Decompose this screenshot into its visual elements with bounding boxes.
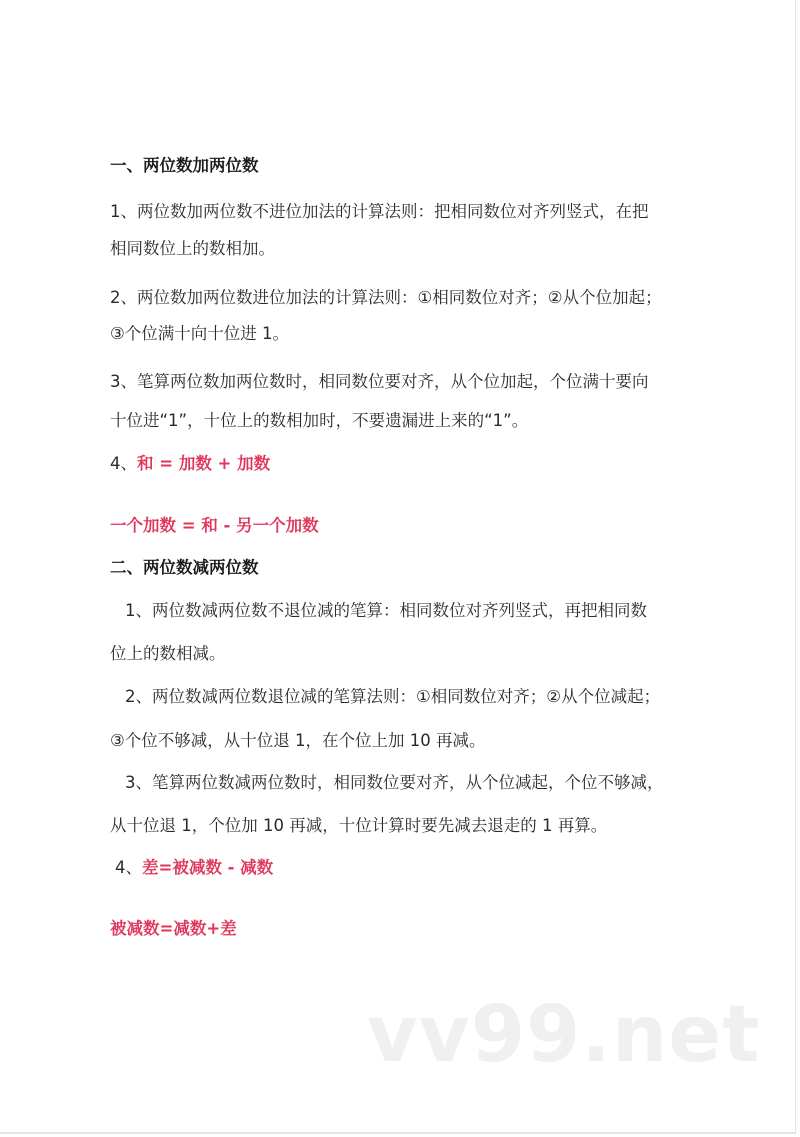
section2-item3-line2: 从十位退 1，个位加 10 再减，十位计算时要先减去退走的 1 再算。 (110, 815, 607, 837)
addend-formula: 一个加数 = 和 - 另一个加数 (110, 515, 319, 537)
section1-item4: 4、和 = 加数 + 加数 (110, 453, 270, 475)
section2-heading: 二、两位数减两位数 (110, 557, 259, 579)
section2-item2-line2: ③个位不够减，从十位退 1，在个位上加 10 再减。 (110, 730, 486, 752)
difference-formula: 差=被减数 - 减数 (142, 858, 273, 877)
section1-item2-line1: 2、两位数加两位数进位加法的计算法则：①相同数位对齐；②从个位加起； (110, 287, 662, 309)
sum-formula: 和 = 加数 + 加数 (137, 454, 270, 473)
document-page: 一、两位数加两位数 1、两位数加两位数不进位加法的计算法则：把相同数位对齐列竖式… (0, 0, 796, 1134)
item4-prefix: 4、 (115, 858, 142, 877)
item4-prefix: 4、 (110, 454, 137, 473)
section2-item3-line1: 3、笔算两位数减两位数时，相同数位要对齐，从个位减起，个位不够减， (125, 772, 664, 794)
section1-item1-line2: 相同数位上的数相加。 (110, 238, 275, 260)
section1-heading: 一、两位数加两位数 (110, 155, 259, 177)
watermark: vv99.net (367, 990, 761, 1080)
section2-item2-line1: 2、两位数减两位数退位减的笔算法则：①相同数位对齐；②从个位减起； (125, 686, 660, 708)
section2-item1-line2: 位上的数相减。 (110, 643, 226, 665)
section1-item3-line2: 十位进“1”，十位上的数相加时，不要遗漏进上来的“1”。 (110, 410, 528, 432)
section2-item1-line1: 1、两位数减两位数不退位减的笔算：相同数位对齐列竖式，再把相同数 (125, 600, 647, 622)
section2-item4: 4、差=被减数 - 减数 (115, 857, 273, 879)
minuend-formula: 被减数=减数+差 (110, 918, 237, 940)
section1-item2-line2: ③个位满十向十位进 1。 (110, 323, 289, 345)
section1-item1-line1: 1、两位数加两位数不进位加法的计算法则：把相同数位对齐列竖式，在把 (110, 201, 649, 223)
section1-item3-line1: 3、笔算两位数加两位数时，相同数位要对齐，从个位加起，个位满十要向 (110, 371, 649, 393)
